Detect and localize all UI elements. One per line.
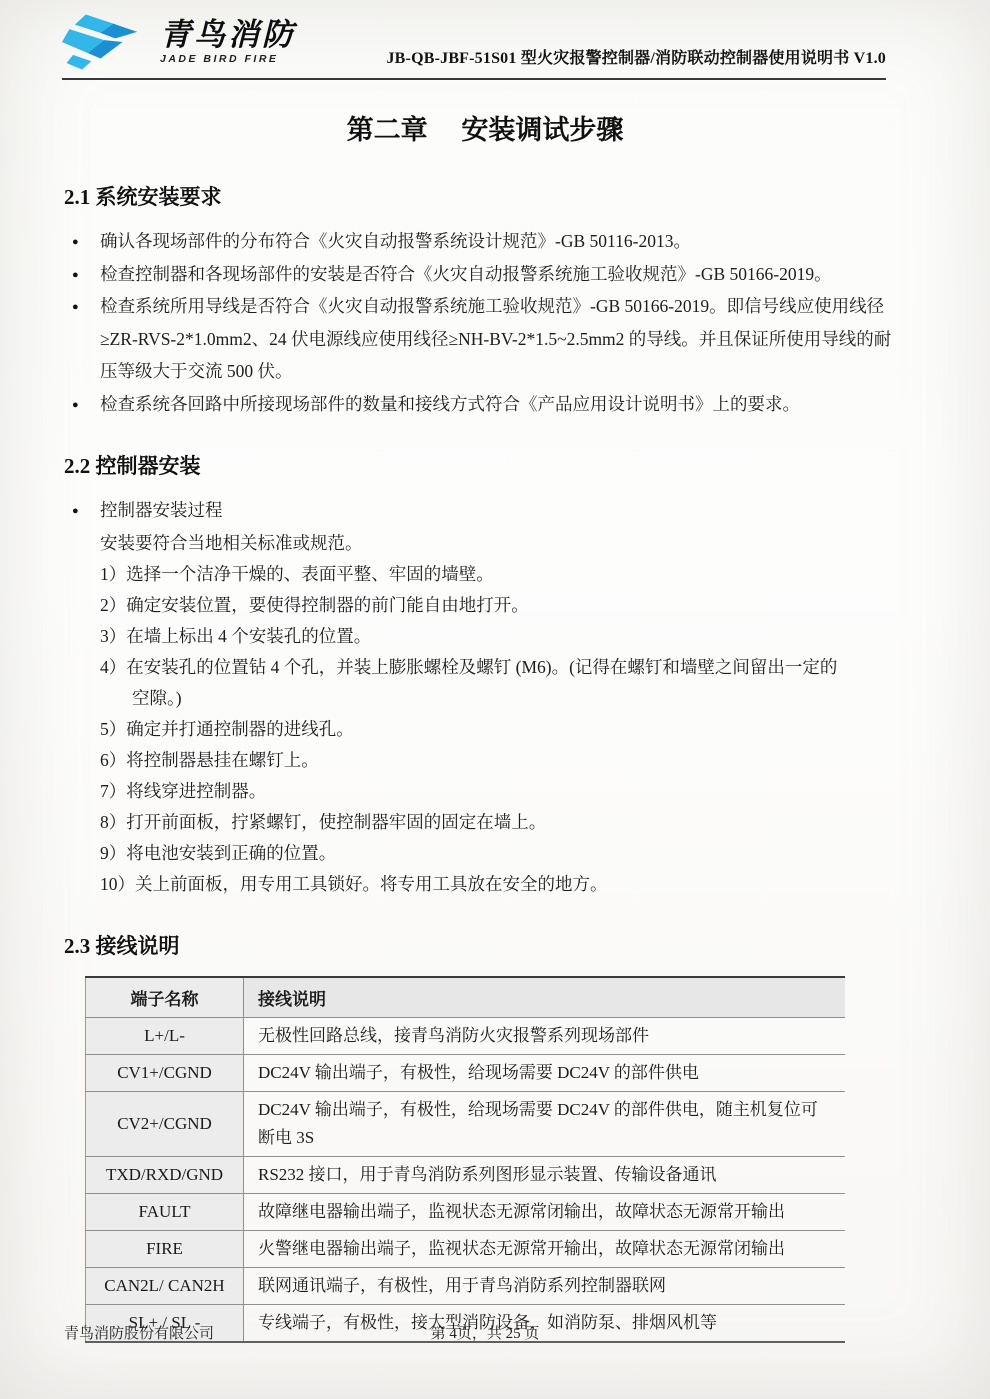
step-item: 6）将控制器悬挂在螺钉上。 (100, 745, 852, 776)
chapter-title: 第二章 安装调试步骤 (64, 108, 906, 147)
footer-company: 青鸟消防股份有限公司 (64, 1326, 214, 1342)
bullet-item: 确认各现场部件的分布符合《火灾自动报警系统设计规范》-GB 50116-2013… (100, 225, 906, 258)
brand-name-cn: 青鸟消防 (160, 19, 296, 50)
description-cell: RS232 接口，用于青鸟消防系列图形显示装置、传输设备通讯 (244, 1156, 846, 1193)
section-2-2-bullet-list: 控制器安装过程 (64, 494, 906, 527)
table-row: L+/L- 无极性回路总线，接青鸟消防火灾报警系列现场部件 (86, 1017, 846, 1054)
col-header-terminal: 端子名称 (86, 977, 244, 1017)
step-item: 4）在安装孔的位置钻 4 个孔，并装上膨胀螺栓及螺钉 (M6)。(记得在螺钉和墙… (100, 652, 852, 714)
step-item: 8）打开前面板，拧紧螺钉，使控制器牢固的固定在墙上。 (100, 807, 852, 838)
section-2-2-heading: 2.2 控制器安装 (64, 450, 906, 480)
wiring-table: 端子名称 接线说明 L+/L- 无极性回路总线，接青鸟消防火灾报警系列现场部件 … (85, 976, 845, 1343)
manual-page: 青鸟消防 JADE BIRD FIRE JB-QB-JBF-51S01 型火灾报… (0, 0, 990, 1399)
description-cell: DC24V 输出端子，有极性，给现场需要 DC24V 的部件供电，随主机复位可断… (244, 1091, 846, 1156)
terminal-cell: CV1+/CGND (86, 1054, 244, 1091)
bird-icon (62, 14, 150, 70)
page-header: 青鸟消防 JADE BIRD FIRE JB-QB-JBF-51S01 型火灾报… (62, 0, 886, 80)
brand-name-en: JADE BIRD FIRE (160, 54, 296, 65)
page-footer: 青鸟消防股份有限公司 第 4页，共 25 页 (64, 1322, 906, 1343)
table-row: CV2+/CGND DC24V 输出端子，有极性，给现场需要 DC24V 的部件… (86, 1091, 846, 1156)
bullet-item: 检查系统所用导线是否符合《火灾自动报警系统施工验收规范》-GB 50166-20… (100, 290, 906, 388)
doc-title: JB-QB-JBF-51S01 型火灾报警控制器/消防联动控制器使用说明书 V1… (386, 45, 886, 70)
bird-icon-shape (67, 55, 92, 70)
footer-page-number: 第 4页，共 25 页 (431, 1322, 540, 1343)
description-cell: 联网通讯端子，有极性，用于青鸟消防系列控制器联网 (244, 1267, 846, 1304)
table-row: FAULT 故障继电器输出端子，监视状态无源常闭输出，故障状态无源常开输出 (86, 1193, 846, 1230)
step-item: 1）选择一个洁净干燥的、表面平整、牢固的墙壁。 (100, 559, 852, 590)
terminal-cell: FAULT (86, 1193, 244, 1230)
step-item: 3）在墙上标出 4 个安装孔的位置。 (100, 621, 852, 652)
step-item: 5）确定并打通控制器的进线孔。 (100, 714, 852, 745)
table-header-row: 端子名称 接线说明 (86, 977, 846, 1017)
table-row: FIRE 火警继电器输出端子，监视状态无源常开输出，故障状态无源常闭输出 (86, 1230, 846, 1267)
install-note: 安装要符合当地相关标准或规范。 (64, 527, 906, 560)
brand-text: 青鸟消防 JADE BIRD FIRE (160, 19, 296, 65)
table-row: CV1+/CGND DC24V 输出端子，有极性，给现场需要 DC24V 的部件… (86, 1054, 846, 1091)
description-cell: 故障继电器输出端子，监视状态无源常闭输出，故障状态无源常开输出 (244, 1193, 846, 1230)
description-cell: 无极性回路总线，接青鸟消防火灾报警系列现场部件 (244, 1017, 846, 1054)
col-header-description: 接线说明 (244, 977, 846, 1017)
step-item: 9）将电池安装到正确的位置。 (100, 838, 852, 869)
terminal-cell: L+/L- (86, 1017, 244, 1054)
section-2-3-heading: 2.3 接线说明 (64, 930, 906, 960)
bullet-item: 控制器安装过程 (100, 494, 906, 527)
terminal-cell: FIRE (86, 1230, 244, 1267)
terminal-cell: CAN2L/ CAN2H (86, 1267, 244, 1304)
table-row: CAN2L/ CAN2H 联网通讯端子，有极性，用于青鸟消防系列控制器联网 (86, 1267, 846, 1304)
step-item: 7）将线穿进控制器。 (100, 776, 852, 807)
step-item: 2）确定安装位置，要使得控制器的前门能自由地打开。 (100, 590, 852, 621)
table-row: TXD/RXD/GND RS232 接口，用于青鸟消防系列图形显示装置、传输设备… (86, 1156, 846, 1193)
bullet-item: 检查控制器和各现场部件的安装是否符合《火灾自动报警系统施工验收规范》-GB 50… (100, 258, 906, 291)
install-steps-list: 1）选择一个洁净干燥的、表面平整、牢固的墙壁。 2）确定安装位置，要使得控制器的… (64, 559, 852, 900)
section-2-1-bullet-list: 确认各现场部件的分布符合《火灾自动报警系统设计规范》-GB 50116-2013… (64, 225, 906, 420)
description-cell: 火警继电器输出端子，监视状态无源常开输出，故障状态无源常闭输出 (244, 1230, 846, 1267)
terminal-cell: CV2+/CGND (86, 1091, 244, 1156)
bullet-item: 检查系统各回路中所接现场部件的数量和接线方式符合《产品应用设计说明书》上的要求。 (100, 388, 906, 421)
section-2-1-heading: 2.1 系统安装要求 (64, 181, 906, 211)
description-cell: DC24V 输出端子，有极性，给现场需要 DC24V 的部件供电 (244, 1054, 846, 1091)
terminal-cell: TXD/RXD/GND (86, 1156, 244, 1193)
step-item: 10）关上前面板，用专用工具锁好。将专用工具放在安全的地方。 (100, 869, 852, 900)
page-content: 第二章 安装调试步骤 2.1 系统安装要求 确认各现场部件的分布符合《火灾自动报… (0, 108, 990, 1343)
brand-logo: 青鸟消防 JADE BIRD FIRE (62, 14, 296, 70)
